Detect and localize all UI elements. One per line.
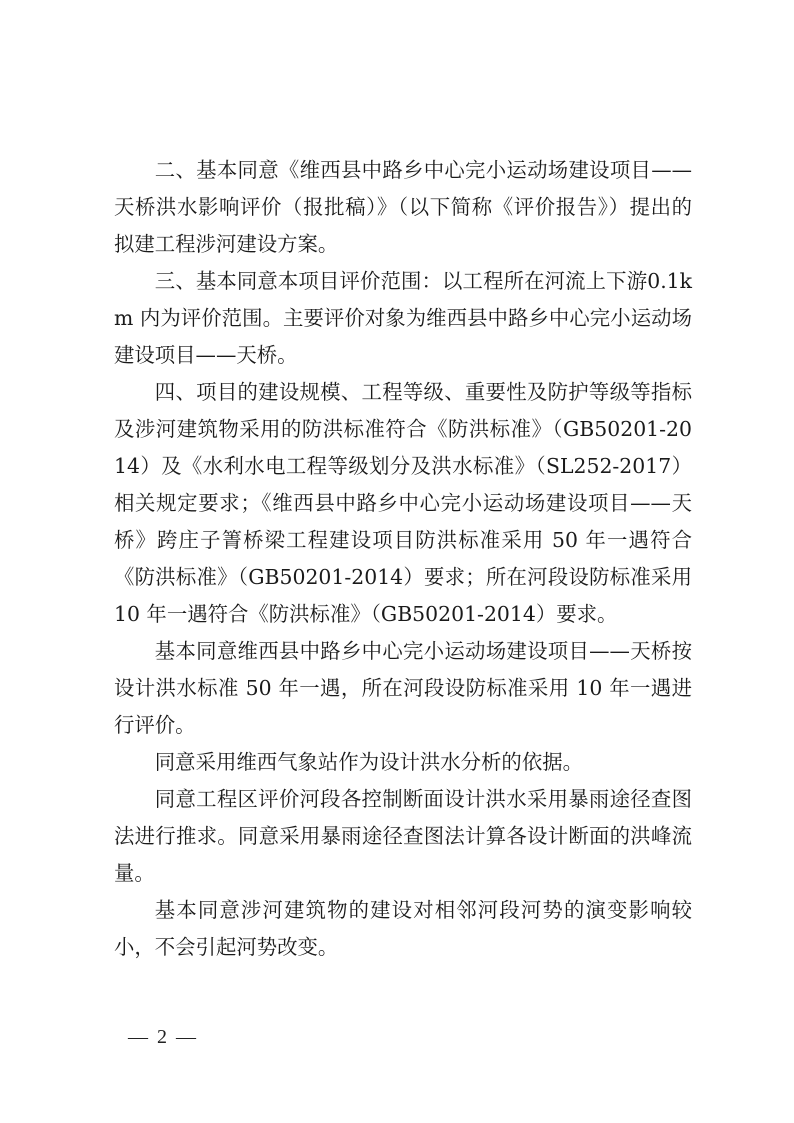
document-body: 二、基本同意《维西县中路乡中心完小运动场建设项目——天桥洪水影响评价（报批稿）》… bbox=[114, 152, 692, 966]
page-number: — 2 — bbox=[128, 1026, 198, 1049]
paragraph-section-2: 二、基本同意《维西县中路乡中心完小运动场建设项目——天桥洪水影响评价（报批稿）》… bbox=[114, 152, 692, 263]
paragraph-weather-station: 同意采用维西气象站作为设计洪水分析的依据。 bbox=[114, 744, 692, 781]
paragraph-evaluation-standard: 基本同意维西县中路乡中心完小运动场建设项目——天桥按设计洪水标准 50 年一遇，… bbox=[114, 633, 692, 744]
paragraph-section-3: 三、基本同意本项目评价范围：以工程所在河流上下游0.1km 内为评价范围。主要评… bbox=[114, 263, 692, 374]
paragraph-river-regime: 基本同意涉河建筑物的建设对相邻河段河势的演变影响较小，不会引起河势改变。 bbox=[114, 892, 692, 966]
paragraph-section-4: 四、项目的建设规模、工程等级、重要性及防护等级等指标及涉河建筑物采用的防洪标准符… bbox=[114, 374, 692, 633]
paragraph-design-flood: 同意工程区评价河段各控制断面设计洪水采用暴雨途径查图法进行推求。同意采用暴雨途径… bbox=[114, 781, 692, 892]
